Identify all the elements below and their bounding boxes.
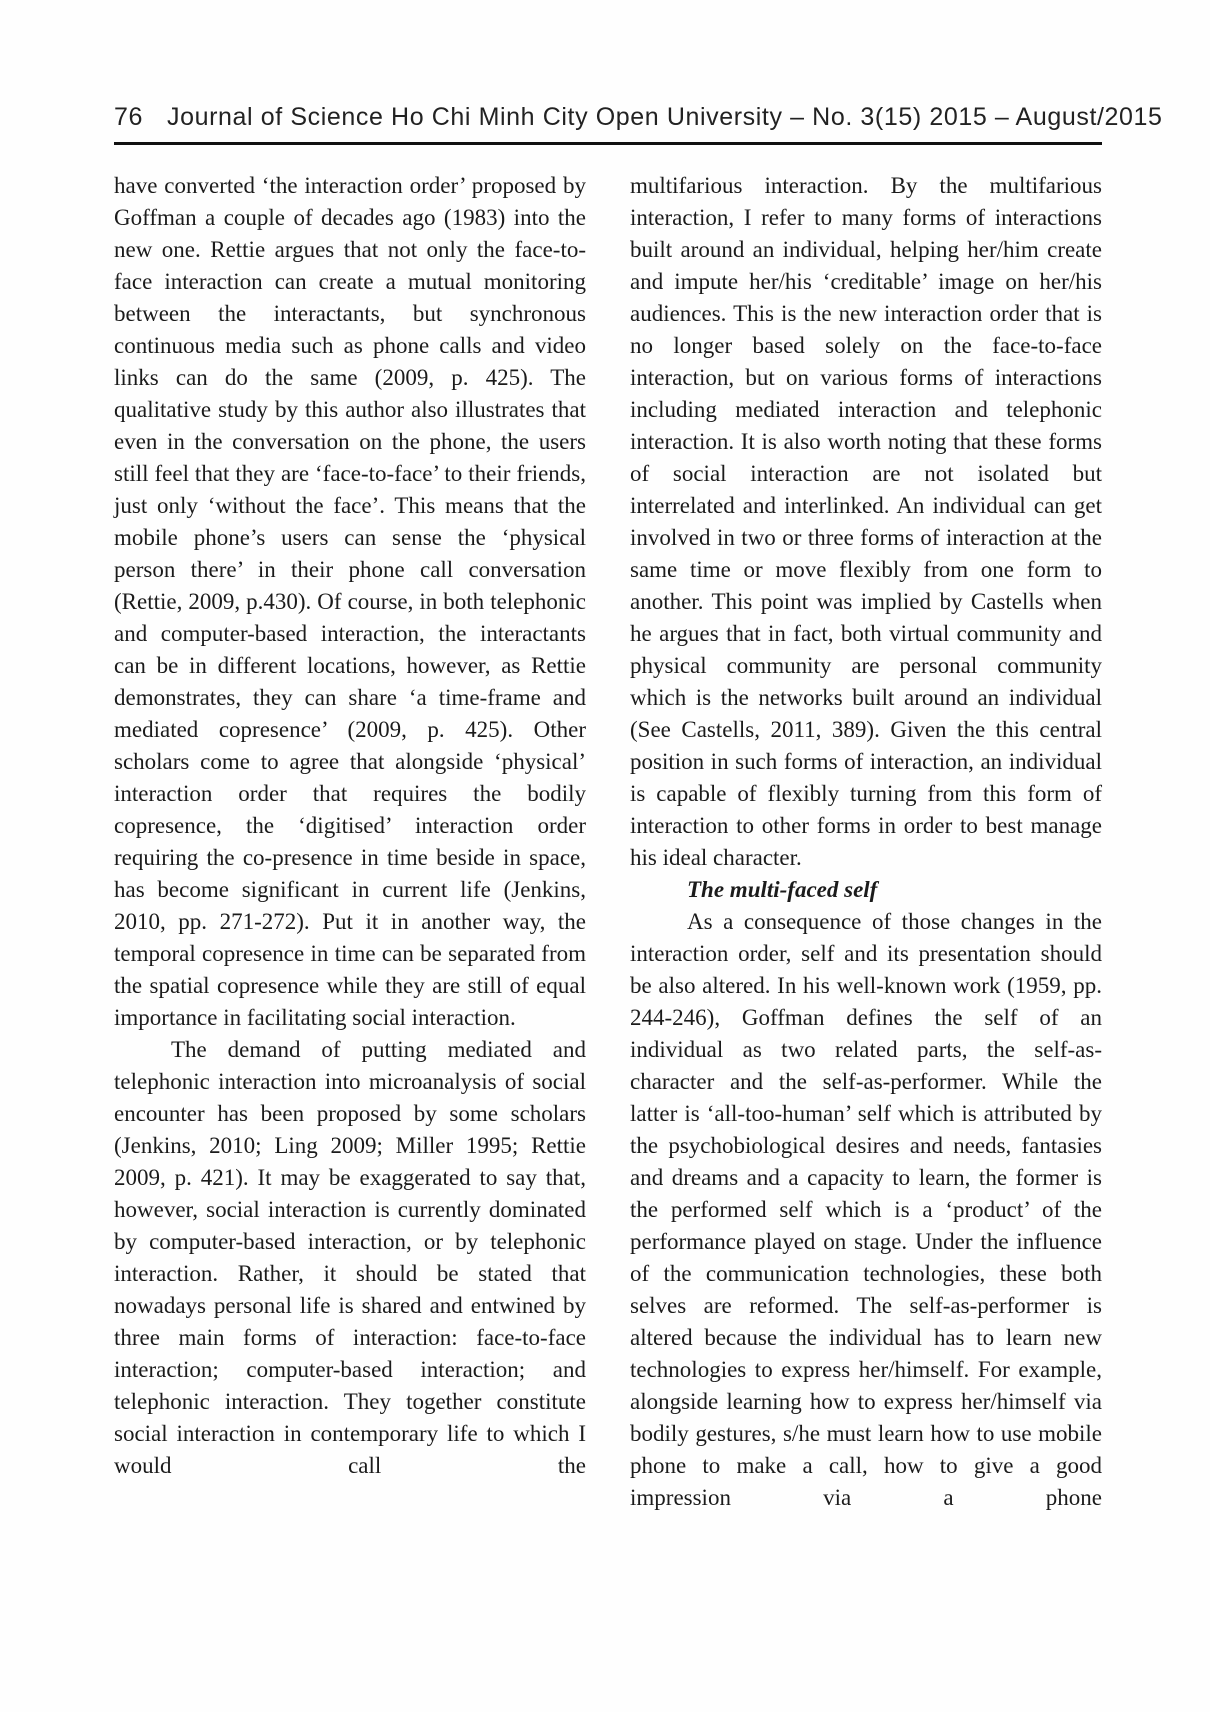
text-column-right: multifarious interaction. By the multifa…	[630, 170, 1102, 1514]
page-number: 76	[114, 102, 143, 132]
section-heading: The multi-faced self	[630, 874, 1102, 906]
journal-title: Journal of Science Ho Chi Minh City Open…	[167, 102, 1163, 132]
text-column-left: have converted ‘the interaction order’ p…	[114, 170, 586, 1514]
body-paragraph: multifarious interaction. By the multifa…	[630, 170, 1102, 874]
body-paragraph: As a consequence of those changes in the…	[630, 906, 1102, 1514]
document-page: 76 Journal of Science Ho Chi Minh City O…	[0, 0, 1210, 1712]
header-rule	[114, 142, 1102, 145]
body-paragraph: have converted ‘the interaction order’ p…	[114, 170, 586, 1034]
body-paragraph: The demand of putting mediated and telep…	[114, 1034, 586, 1482]
article-body: have converted ‘the interaction order’ p…	[114, 170, 1102, 1514]
page-header: 76 Journal of Science Ho Chi Minh City O…	[114, 102, 1102, 132]
